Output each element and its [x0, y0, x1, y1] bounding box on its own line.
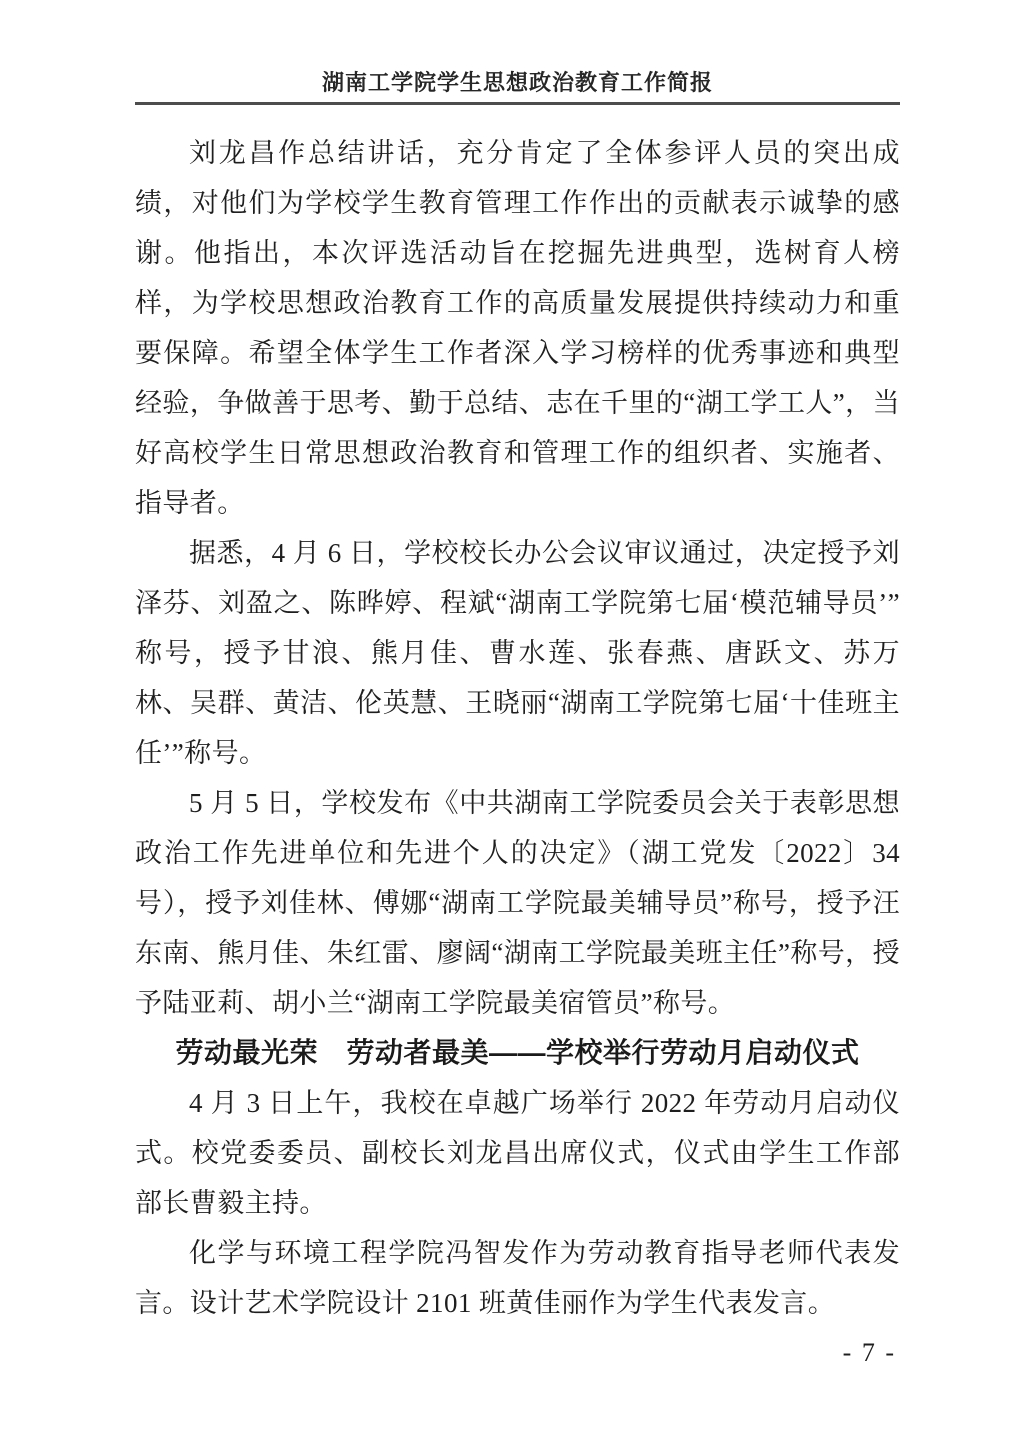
header-divider [135, 102, 900, 105]
page-number: - 7 - [843, 1338, 896, 1368]
body-paragraph: 据悉，4 月 6 日，学校校长办公会议审议通过，决定授予刘泽芬、刘盈之、陈晔婷、… [135, 528, 900, 778]
body-paragraph: 4 月 3 日上午，我校在卓越广场举行 2022 年劳动月启动仪式。校党委委员、… [135, 1078, 900, 1228]
article-body: 刘龙昌作总结讲话，充分肯定了全体参评人员的突出成绩，对他们为学校学生教育管理工作… [135, 128, 900, 1328]
document-page: 湖南工学院学生思想政治教育工作简报 刘龙昌作总结讲话，充分肯定了全体参评人员的突… [0, 0, 1024, 1448]
body-paragraph: 5 月 5 日，学校发布《中共湖南工学院委员会关于表彰思想政治工作先进单位和先进… [135, 778, 900, 1028]
body-paragraph: 刘龙昌作总结讲话，充分肯定了全体参评人员的突出成绩，对他们为学校学生教育管理工作… [135, 128, 900, 528]
bulletin-title: 湖南工学院学生思想政治教育工作简报 [135, 70, 900, 96]
page-header: 湖南工学院学生思想政治教育工作简报 [135, 0, 900, 105]
section-heading: 劳动最光荣 劳动者最美——学校举行劳动月启动仪式 [135, 1028, 900, 1078]
body-paragraph: 化学与环境工程学院冯智发作为劳动教育指导老师代表发言。设计艺术学院设计 2101… [135, 1228, 900, 1328]
